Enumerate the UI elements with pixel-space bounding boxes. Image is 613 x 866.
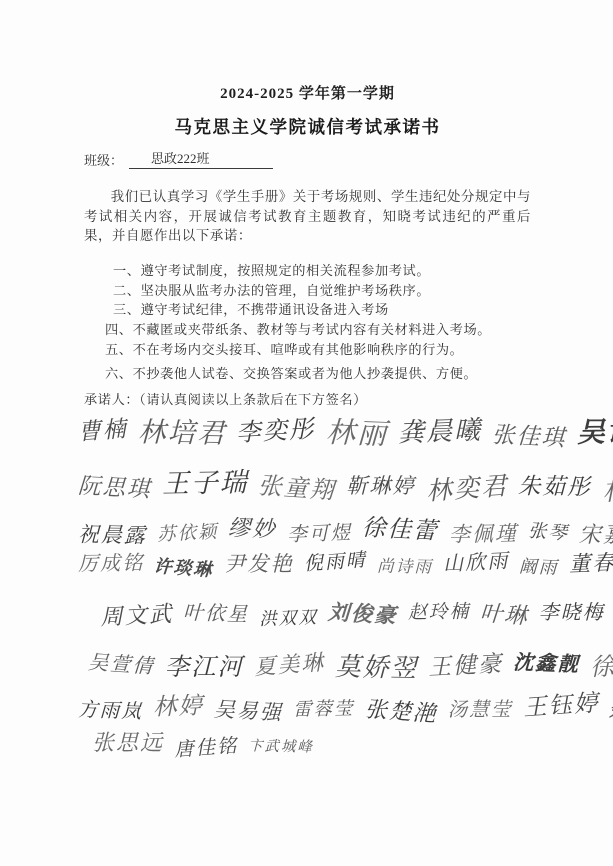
signature: 林婷: [153, 686, 205, 722]
signature: 沈鑫靓: [513, 646, 581, 677]
signature: 余旦: [609, 694, 613, 725]
signature: 王钰婷: [521, 683, 600, 722]
class-field: 班级： 思政222班: [84, 148, 531, 169]
signature: 唐佳铭: [173, 730, 239, 762]
signature: 张琴: [527, 517, 570, 546]
signature-row: 曹楠林培君李奕彤林丽龚晨曦张佳琪吴诗瑶: [78, 408, 553, 450]
signature: 李奕彤: [235, 409, 316, 448]
signature: 张楚滟: [363, 691, 438, 728]
signature: 张佳琪: [491, 416, 567, 453]
signature: 吴诗瑶: [576, 408, 613, 450]
signature: 龚晨曦: [397, 410, 482, 450]
signature: 周文武: [99, 596, 174, 632]
signature: 吴易强: [213, 693, 283, 727]
signature: 叶琳: [479, 595, 530, 630]
signature: 王健豪: [427, 645, 504, 682]
signature: 张童翔: [257, 465, 337, 505]
signature: 倪雨晴: [303, 545, 368, 576]
signature: 张思远: [92, 726, 164, 757]
signature: 朱茹彤: [518, 468, 592, 501]
signature: 董春仪: [568, 546, 613, 578]
document-page: 2024-2025 学年第一学期 马克思主义学院诚信考试承诺书 班级： 思政22…: [0, 0, 613, 866]
class-field-label: 班级：: [84, 150, 123, 169]
signature: 苏依颖: [156, 517, 219, 546]
signature-row: 阮思琪王子瑞张童翔靳琳婷林奕君朱茹彤林秋彤: [78, 464, 553, 503]
signature-row: 方雨岚林婷吴易强雷蓉莹张楚滟汤慧莹王钰婷余旦: [78, 689, 553, 723]
class-field-value: 思政222班: [129, 148, 273, 169]
signature: 吴萱倩: [87, 646, 156, 680]
signature: 林丽: [325, 409, 389, 453]
signature: 林培君: [137, 409, 226, 451]
signature: 祝晨露: [78, 518, 148, 549]
signature-area: 曹楠林培君李奕彤林丽龚晨曦张佳琪吴诗瑶阮思琪王子瑞张童翔靳琳婷林奕君朱茹彤林秋彤…: [78, 402, 553, 760]
signature: 李江河: [165, 647, 244, 682]
commitments-list: 一、遵守考试制度，按照规定的相关流程参加考试。 二、坚决服从监考办法的管理，自觉…: [84, 261, 531, 384]
signature-row: 厉成铭许琰琳尹发艳倪雨晴尚诗雨山欣雨阚雨董春仪: [78, 548, 553, 578]
signature: 许琰琳: [153, 552, 214, 582]
commitment-item: 一、遵守考试制度，按照规定的相关流程参加考试。: [113, 261, 531, 281]
signature: 夏美琳: [253, 646, 326, 682]
signature: 刘俊豪: [327, 596, 398, 630]
signature: 林奕君: [425, 466, 510, 508]
signature: 缪妙: [228, 510, 278, 544]
signature: 阮思琪: [77, 468, 152, 504]
commitment-item: 二、坚决服从监考办法的管理，自觉维护考场秩序。: [113, 281, 531, 301]
document-content: 2024-2025 学年第一学期 马克思主义学院诚信考试承诺书 班级： 思政22…: [84, 0, 531, 409]
signature: 尚诗雨: [377, 553, 434, 578]
term-title: 2024-2025 学年第一学期: [84, 82, 531, 103]
signature: 山欣雨: [442, 544, 510, 576]
signature: 宋嘉欣: [579, 517, 613, 549]
signature: 靳琳婷: [346, 470, 415, 500]
signature: 雷蓉莹: [293, 694, 355, 721]
signature: 阚雨: [519, 552, 560, 579]
signature: 赵玲楠: [407, 596, 470, 624]
document-title: 马克思主义学院诚信考试承诺书: [84, 114, 531, 139]
signature: 徐佳蕾: [361, 508, 439, 546]
signature: 洪双双: [259, 604, 319, 631]
signature-row: 张思远唐佳铭卞武城峰: [92, 729, 553, 760]
signature: 王子瑞: [161, 460, 248, 501]
signature-row: 周文武叶依星洪双双刘俊豪赵玲楠叶琳李晓梅: [100, 596, 553, 628]
commitment-item: 五、不在考场内交头接耳、喧哗或有其他影响秩序的行为。: [105, 340, 531, 360]
signature: 徐艺娜: [589, 645, 613, 683]
signature: 李晓梅: [539, 596, 605, 625]
signature: 叶依星: [183, 596, 250, 627]
signature: 尹发艳: [224, 548, 294, 578]
signature: 林秋彤: [601, 465, 613, 508]
signature: 厉成铭: [78, 546, 145, 576]
commitment-item: 六、不抄袭他人试卷、交换答案或者为他人抄袭提供、方便。: [105, 364, 531, 384]
commitment-item: 四、不藏匿或夹带纸条、教材等与考试内容有关材料进入考场。: [105, 320, 531, 340]
signature-row: 吴萱倩李江河夏美琳莫娇翌王健豪沈鑫靓徐艺娜徐晨: [88, 644, 553, 681]
intro-paragraph: 我们已认真学习《学生手册》关于考场规则、学生违纪处分规定中与考试相关内容，开展诚…: [84, 187, 531, 246]
signature: 李可煜: [286, 516, 352, 547]
signature: 汤慧莹: [447, 693, 512, 722]
signature: 方雨岚: [77, 693, 143, 724]
signature: 卞武城峰: [248, 734, 314, 756]
commitment-item: 三、遵守考试纪律，不携带通讯设备进入考场: [113, 300, 531, 320]
signature: 曹楠: [77, 410, 129, 446]
signature-row: 祝晨露苏依颖缪妙李可煜徐佳蕾李佩瑾张琴宋嘉欣: [78, 512, 553, 546]
signature: 莫娇翌: [334, 646, 418, 684]
